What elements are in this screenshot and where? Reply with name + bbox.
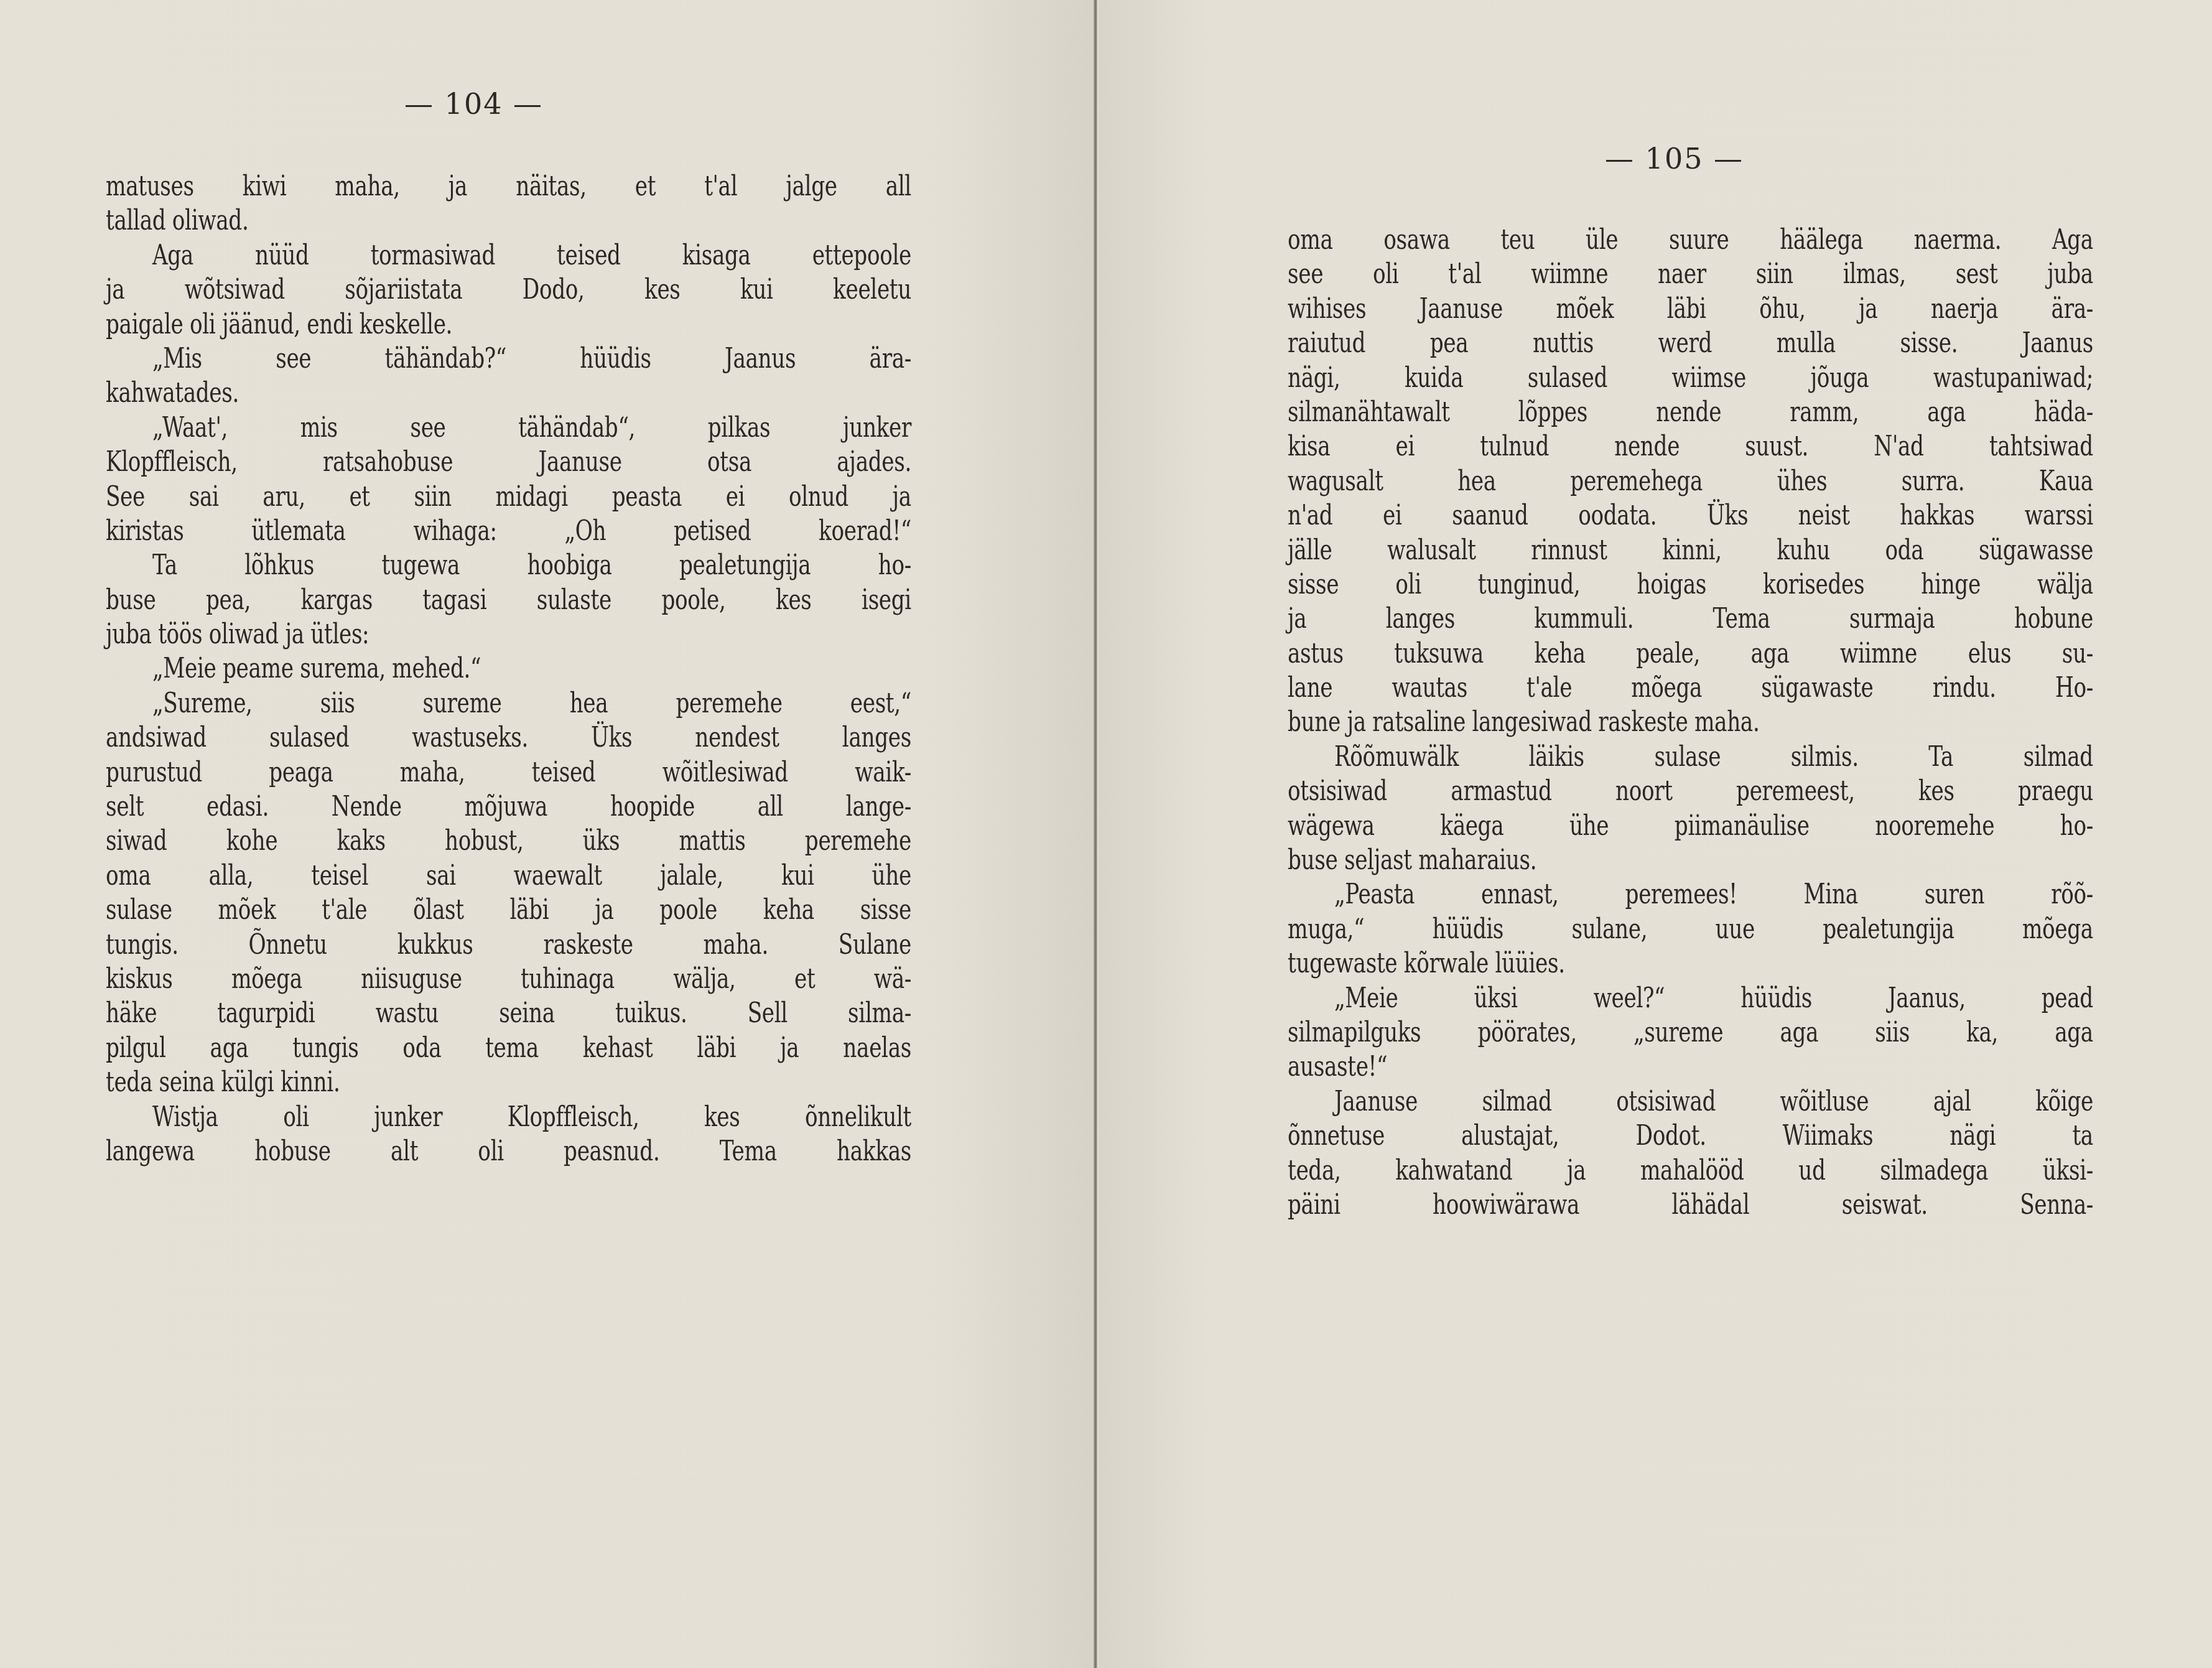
text-line: See sai aru, et siin midagi peasta ei ol… (106, 480, 911, 514)
text-line: „Meie üksi weel?“ hüüdis Jaanus, pead (1288, 981, 2093, 1015)
text-line: tugewaste kõrwale lüüies. (1288, 946, 2093, 981)
right-page-text: oma osawa teu üle suure häälega naerma. … (1288, 223, 2093, 1222)
text-line: häke tagurpidi wastu seina tuikus. Sell … (106, 996, 911, 1030)
text-line: kisa ei tulnud nende suust. N'ad tahtsiw… (1288, 429, 2093, 464)
text-line: n'ad ei saanud oodata. Üks neist hakkas … (1288, 498, 2093, 533)
text-line: bune ja ratsaline langesiwad raskeste ma… (1288, 705, 2093, 739)
text-line: wägewa käega ühe piimanäulise nooremehe … (1288, 809, 2093, 843)
page-number-105: — 105 — (1605, 142, 1744, 175)
text-line: muga,“ hüüdis sulane, uue pealetungija m… (1288, 912, 2093, 946)
text-line: siwad kohe kaks hobust, üks mattis perem… (106, 824, 911, 858)
text-line: Aga nüüd tormasiwad teised kisaga ettepo… (106, 238, 911, 273)
text-line: „Peasta ennast, peremees! Mina suren rõõ… (1288, 877, 2093, 911)
text-line: see oli t'al wiimne naer siin ilmas, ses… (1288, 257, 2093, 291)
text-line: kiristas ütlemata wihaga: „Oh petised ko… (106, 514, 911, 548)
text-line: „Meie peame surema, mehed.“ (106, 651, 911, 686)
text-line: õnnetuse alustajat, Dodot. Wiimaks nägi … (1288, 1119, 2093, 1153)
text-line: purustud peaga maha, teised wõitlesiwad … (106, 755, 911, 790)
text-line: „Mis see tähändab?“ hüüdis Jaanus ära- (106, 342, 911, 376)
text-line: andsiwad sulased wastuseks. Üks nendest … (106, 720, 911, 755)
text-line: „Waat', mis see tähändab“, pilkas junker (106, 411, 911, 445)
text-line: otsisiwad armastud noort peremeest, kes … (1288, 774, 2093, 808)
text-line: buse seljast maharaius. (1288, 843, 2093, 877)
text-line: sisse oli tunginud, hoigas korisedes hin… (1288, 567, 2093, 602)
text-line: jälle walusalt rinnust kinni, kuhu oda s… (1288, 533, 2093, 567)
text-line: matuses kiwi maha, ja näitas, et t'al ja… (106, 169, 911, 203)
text-line: silmanähtawalt lõppes nende ramm, aga hä… (1288, 395, 2093, 429)
text-line: tallad oliwad. (106, 203, 911, 238)
book-gutter (1094, 0, 1097, 1668)
text-line: ausaste!“ (1288, 1050, 2093, 1084)
text-line: Wistja oli junker Klopffleisch, kes õnne… (106, 1100, 911, 1134)
text-line: selt edasi. Nende mõjuwa hoopide all lan… (106, 790, 911, 824)
text-line: lane wautas t'ale mõega sügawaste rindu.… (1288, 671, 2093, 705)
text-line: „Sureme, siis sureme hea peremehe eest,“ (106, 686, 911, 720)
left-page-text: matuses kiwi maha, ja näitas, et t'al ja… (106, 169, 911, 1168)
text-line: wihises Jaanuse mõek läbi õhu, ja naerja… (1288, 292, 2093, 326)
text-line: Jaanuse silmad otsisiwad wõitluse ajal k… (1288, 1084, 2093, 1119)
page-number-104: — 104 — (404, 87, 543, 121)
text-line: juba töös oliwad ja ütles: (106, 617, 911, 651)
text-line: raiutud pea nuttis werd mulla sisse. Jaa… (1288, 326, 2093, 360)
text-line: pilgul aga tungis oda tema kehast läbi j… (106, 1031, 911, 1065)
right-page: — 105 — oma osawa teu üle suure häälega … (1099, 0, 2212, 1668)
text-line: paigale oli jäänud, endi keskelle. (106, 307, 911, 342)
left-page: — 104 — matuses kiwi maha, ja näitas, et… (0, 0, 1096, 1668)
text-line: Klopffleisch, ratsahobuse Jaanuse otsa a… (106, 445, 911, 479)
text-line: ja langes kummuli. Tema surmaja hobune (1288, 602, 2093, 636)
text-line: nägi, kuida sulased wiimse jõuga wastupa… (1288, 361, 2093, 395)
text-line: Ta lõhkus tugewa hoobiga pealetungija ho… (106, 548, 911, 582)
text-line: silmapilguks pöörates, „sureme aga siis … (1288, 1015, 2093, 1050)
text-line: oma osawa teu üle suure häälega naerma. … (1288, 223, 2093, 257)
text-line: wagusalt hea peremehega ühes surra. Kaua (1288, 464, 2093, 498)
text-line: teda, kahwatand ja mahalööd ud silmadega… (1288, 1153, 2093, 1188)
text-line: sulase mõek t'ale õlast läbi ja poole ke… (106, 893, 911, 927)
text-line: tungis. Õnnetu kukkus raskeste maha. Sul… (106, 928, 911, 962)
text-line: kahwatades. (106, 376, 911, 410)
text-line: ja wõtsiwad sõjariistata Dodo, kes kui k… (106, 273, 911, 307)
text-line: Rõõmuwälk läikis sulase silmis. Ta silma… (1288, 740, 2093, 774)
text-line: oma alla, teisel sai waewalt jalale, kui… (106, 859, 911, 893)
book-spread: — 104 — matuses kiwi maha, ja näitas, et… (0, 0, 2212, 1668)
text-line: teda seina külgi kinni. (106, 1065, 911, 1099)
text-line: kiskus mõega niisuguse tuhinaga wälja, e… (106, 962, 911, 996)
text-line: buse pea, kargas tagasi sulaste poole, k… (106, 583, 911, 617)
text-line: langewa hobuse alt oli peasnud. Tema hak… (106, 1134, 911, 1168)
text-line: päini hoowiwärawa lähädal seiswat. Senna… (1288, 1188, 2093, 1222)
text-line: astus tuksuwa keha peale, aga wiimne elu… (1288, 636, 2093, 671)
